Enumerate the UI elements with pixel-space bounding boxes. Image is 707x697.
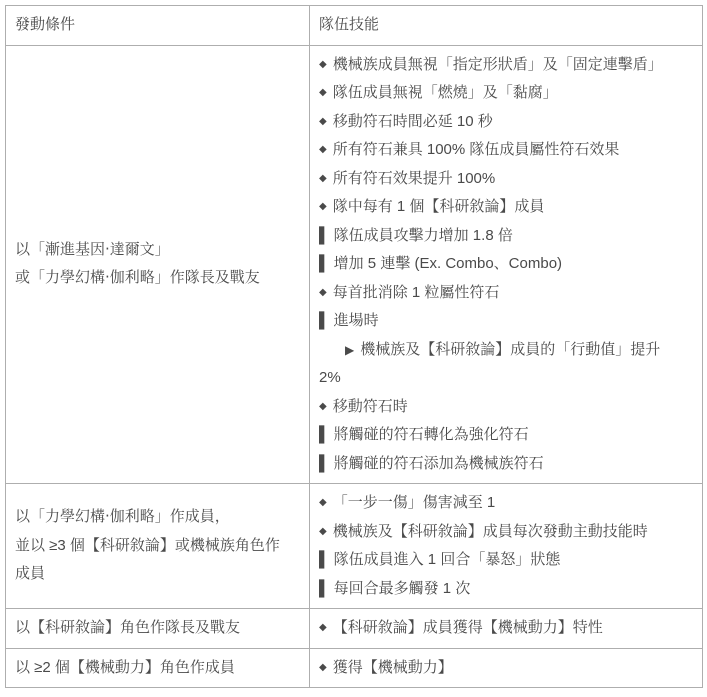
bar-marker-icon: ▌ xyxy=(319,450,330,479)
condition-cell: 以「力學幻構‧伽利略」作成員，並以 ≥3 個【科研敘論】或機械族角色作成員 xyxy=(6,484,310,609)
skill-text: 進場時 xyxy=(334,312,379,329)
skill-line: ◆機械族及【科研敘論】成員每次發動主動技能時 xyxy=(319,518,693,547)
team-skill-table: 發動條件 隊伍技能 以「漸進基因‧達爾文」或「力學幻構‧伽利略」作隊長及戰友 ◆… xyxy=(5,5,703,688)
skill-line: ▌增加 5 連擊 (Ex. Combo、Combo) xyxy=(319,250,693,279)
condition-cell: 以【科研敘論】角色作隊長及戰友 xyxy=(6,609,310,649)
skill-text: 移動符石時 xyxy=(333,398,408,415)
skill-text: 2% xyxy=(319,369,341,386)
condition-line: 以 ≥2 個【機械動力】角色作成員 xyxy=(15,654,300,683)
skill-line: ◆「一步一傷」傷害減至 1 xyxy=(319,489,693,518)
diamond-bullet-icon: ◆ xyxy=(319,108,327,137)
diamond-bullet-icon: ◆ xyxy=(319,79,327,108)
skill-text: 【科研敘論】成員獲得【機械動力】特性 xyxy=(333,619,603,636)
skill-line: ▌將觸碰的符石添加為機械族符石 xyxy=(319,450,693,479)
arrow-marker-icon: ▶ xyxy=(345,336,354,365)
skill-line: ◆所有符石效果提升 100% xyxy=(319,165,693,194)
table-row: 以「漸進基因‧達爾文」或「力學幻構‧伽利略」作隊長及戰友 ◆機械族成員無視「指定… xyxy=(6,45,703,484)
skill-line: ▶機械族及【科研敘論】成員的「行動值」提升 xyxy=(319,336,693,365)
skill-line: 2% xyxy=(319,364,693,393)
skill-line: ▌進場時 xyxy=(319,307,693,336)
table-row: 以【科研敘論】角色作隊長及戰友 ◆【科研敘論】成員獲得【機械動力】特性 xyxy=(6,609,703,649)
bar-marker-icon: ▌ xyxy=(319,421,330,450)
skill-cell: ◆機械族成員無視「指定形狀盾」及「固定連擊盾」◆隊伍成員無視「燃燒」及「黏腐」◆… xyxy=(310,45,703,484)
condition-line: 或「力學幻構‧伽利略」作隊長及戰友 xyxy=(15,264,300,293)
skill-text: 隊中每有 1 個【科研敘論】成員 xyxy=(333,198,545,215)
bar-marker-icon: ▌ xyxy=(319,222,330,251)
skill-line: ▌隊伍成員攻擊力增加 1.8 倍 xyxy=(319,222,693,251)
skill-line: ◆每首批消除 1 粒屬性符石 xyxy=(319,279,693,308)
skill-line: ◆【科研敘論】成員獲得【機械動力】特性 xyxy=(319,614,693,643)
skill-text: 每首批消除 1 粒屬性符石 xyxy=(333,284,500,301)
skill-text: 機械族及【科研敘論】成員的「行動值」提升 xyxy=(360,341,660,358)
skill-line: ◆移動符石時間必延 10 秒 xyxy=(319,108,693,137)
bar-marker-icon: ▌ xyxy=(319,307,330,336)
condition-line: 以「力學幻構‧伽利略」作成員， xyxy=(15,503,300,532)
skill-text: 每回合最多觸發 1 次 xyxy=(334,580,471,597)
condition-line: 成員 xyxy=(15,560,300,589)
skill-text: 增加 5 連擊 (Ex. Combo、Combo) xyxy=(334,255,562,272)
skill-text: 機械族及【科研敘論】成員每次發動主動技能時 xyxy=(333,523,648,540)
skill-line: ◆隊伍成員無視「燃燒」及「黏腐」 xyxy=(319,79,693,108)
skill-line: ◆所有符石兼具 100% 隊伍成員屬性符石效果 xyxy=(319,136,693,165)
skill-text: 隊伍成員進入 1 回合「暴怒」狀態 xyxy=(334,551,561,568)
diamond-bullet-icon: ◆ xyxy=(319,518,327,547)
condition-line: 並以 ≥3 個【科研敘論】或機械族角色作 xyxy=(15,532,300,561)
table-body: 以「漸進基因‧達爾文」或「力學幻構‧伽利略」作隊長及戰友 ◆機械族成員無視「指定… xyxy=(6,45,703,688)
condition-line: 以「漸進基因‧達爾文」 xyxy=(15,236,300,265)
diamond-bullet-icon: ◆ xyxy=(319,654,327,683)
skill-line: ◆移動符石時 xyxy=(319,393,693,422)
skill-cell: ◆「一步一傷」傷害減至 1◆機械族及【科研敘論】成員每次發動主動技能時▌隊伍成員… xyxy=(310,484,703,609)
table-row: 以「力學幻構‧伽利略」作成員，並以 ≥3 個【科研敘論】或機械族角色作成員 ◆「… xyxy=(6,484,703,609)
skill-text: 隊伍成員攻擊力增加 1.8 倍 xyxy=(334,227,513,244)
table-row: 以 ≥2 個【機械動力】角色作成員 ◆獲得【機械動力】 xyxy=(6,648,703,688)
diamond-bullet-icon: ◆ xyxy=(319,489,327,518)
table-header: 發動條件 隊伍技能 xyxy=(6,6,703,46)
skill-text: 將觸碰的符石添加為機械族符石 xyxy=(334,455,544,472)
skill-line: ◆機械族成員無視「指定形狀盾」及「固定連擊盾」 xyxy=(319,51,693,80)
bar-marker-icon: ▌ xyxy=(319,546,330,575)
skill-line: ▌隊伍成員進入 1 回合「暴怒」狀態 xyxy=(319,546,693,575)
diamond-bullet-icon: ◆ xyxy=(319,165,327,194)
condition-line: 以【科研敘論】角色作隊長及戰友 xyxy=(15,614,300,643)
diamond-bullet-icon: ◆ xyxy=(319,614,327,643)
bar-marker-icon: ▌ xyxy=(319,250,330,279)
skill-line: ◆獲得【機械動力】 xyxy=(319,654,693,683)
skill-line: ▌每回合最多觸發 1 次 xyxy=(319,575,693,604)
skill-line: ◆隊中每有 1 個【科研敘論】成員 xyxy=(319,193,693,222)
header-condition: 發動條件 xyxy=(6,6,310,46)
skill-text: 「一步一傷」傷害減至 1 xyxy=(333,494,496,511)
page: 發動條件 隊伍技能 以「漸進基因‧達爾文」或「力學幻構‧伽利略」作隊長及戰友 ◆… xyxy=(0,0,707,697)
diamond-bullet-icon: ◆ xyxy=(319,393,327,422)
skill-text: 將觸碰的符石轉化為強化符石 xyxy=(334,426,529,443)
skill-text: 機械族成員無視「指定形狀盾」及「固定連擊盾」 xyxy=(333,56,663,73)
skill-cell: ◆獲得【機械動力】 xyxy=(310,648,703,688)
skill-line: ▌將觸碰的符石轉化為強化符石 xyxy=(319,421,693,450)
diamond-bullet-icon: ◆ xyxy=(319,136,327,165)
condition-cell: 以 ≥2 個【機械動力】角色作成員 xyxy=(6,648,310,688)
skill-cell: ◆【科研敘論】成員獲得【機械動力】特性 xyxy=(310,609,703,649)
diamond-bullet-icon: ◆ xyxy=(319,51,327,80)
header-skill: 隊伍技能 xyxy=(310,6,703,46)
skill-text: 移動符石時間必延 10 秒 xyxy=(333,113,493,130)
skill-text: 所有符石兼具 100% 隊伍成員屬性符石效果 xyxy=(333,141,620,158)
header-row: 發動條件 隊伍技能 xyxy=(6,6,703,46)
skill-text: 所有符石效果提升 100% xyxy=(333,170,496,187)
bar-marker-icon: ▌ xyxy=(319,575,330,604)
skill-text: 隊伍成員無視「燃燒」及「黏腐」 xyxy=(333,84,558,101)
condition-cell: 以「漸進基因‧達爾文」或「力學幻構‧伽利略」作隊長及戰友 xyxy=(6,45,310,484)
diamond-bullet-icon: ◆ xyxy=(319,279,327,308)
skill-text: 獲得【機械動力】 xyxy=(333,659,453,676)
diamond-bullet-icon: ◆ xyxy=(319,193,327,222)
